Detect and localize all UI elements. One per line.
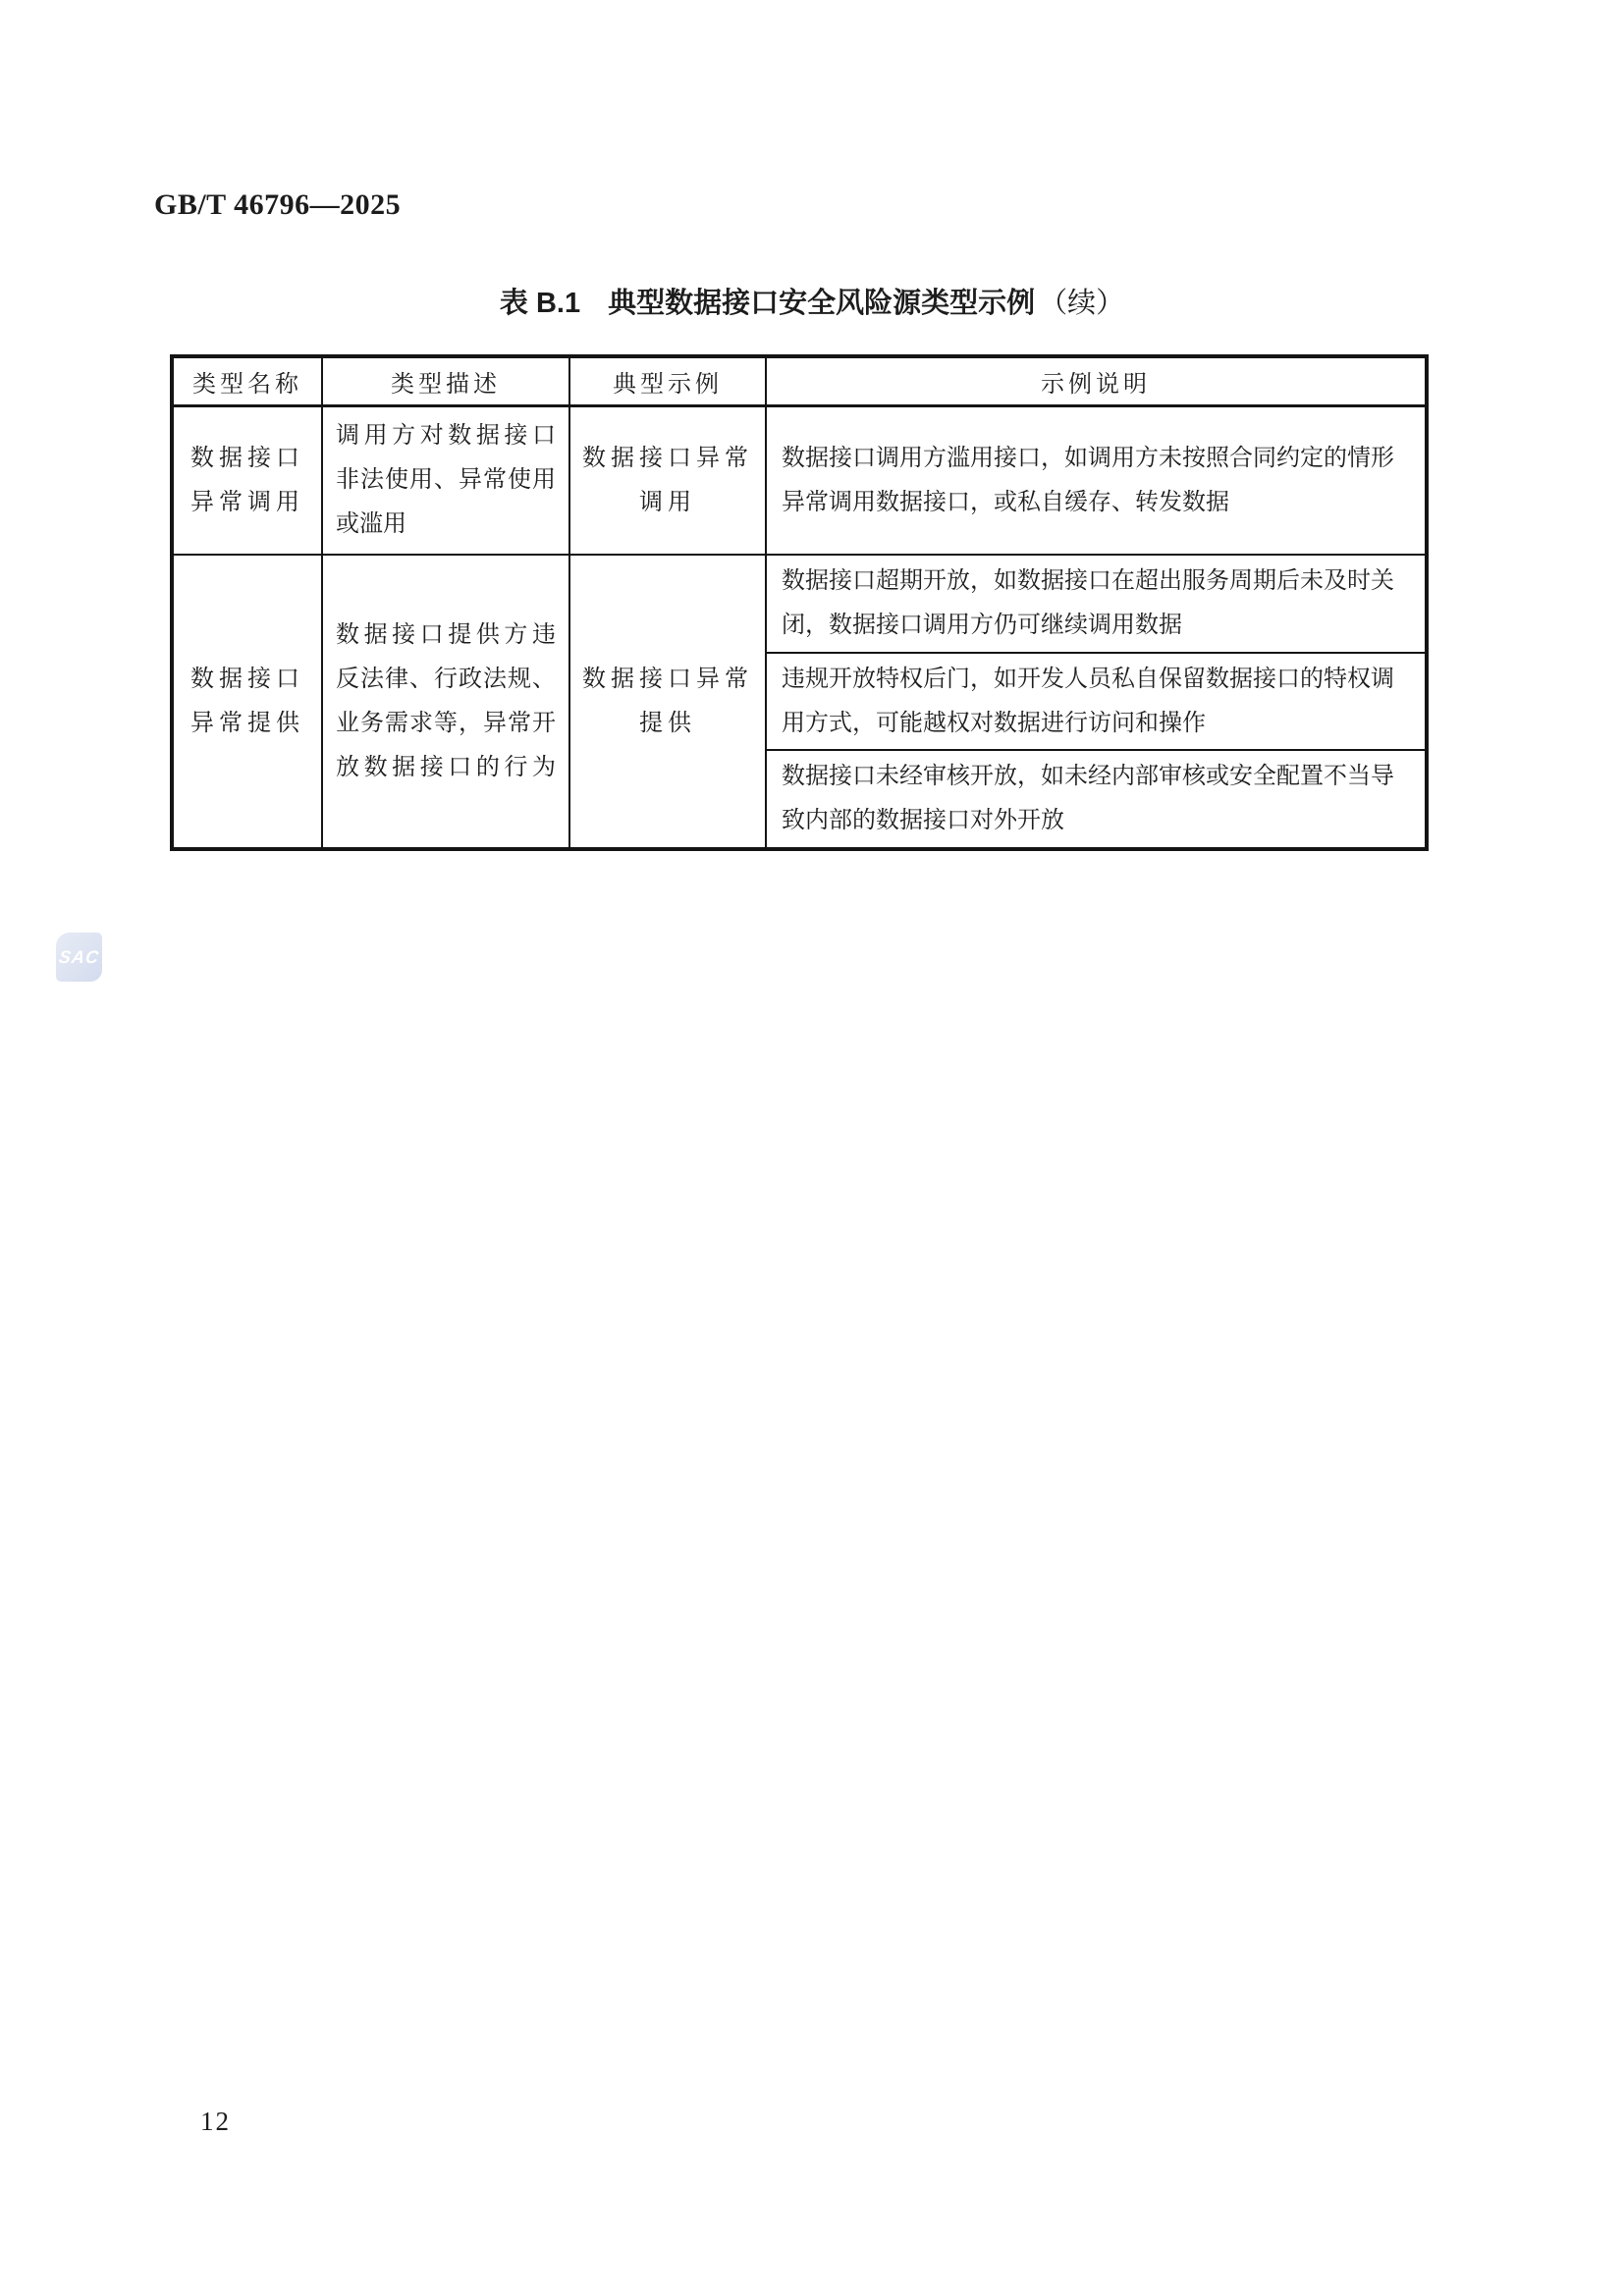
text-line: 数据接口 [174, 437, 321, 481]
table-row: 数据接口异常调用 调用方对数据接口非法使用、异常使用或滥用 数据接口异常调用 数… [174, 407, 1425, 556]
document-code: GB/T 46796—2025 [154, 188, 401, 222]
text-line: 异常调用 [174, 481, 321, 525]
cell-type-desc: 数据接口提供方违反法律、行政法规、业务需求等，异常开放数据接口的行为 [323, 556, 570, 847]
cell-typical-example: 数据接口异常调用 [570, 407, 767, 554]
text-line: 反法律、行政法规、 [336, 658, 556, 702]
text-line: 异常提供 [174, 702, 321, 746]
text-line: 提供 [570, 702, 765, 746]
sac-logo-text: SAC [58, 947, 101, 968]
text-line: 或滥用 [336, 503, 556, 547]
text-line: 违规开放特权后门，如开发人员私自保留数据接口的特权调 [782, 658, 1410, 702]
cell-example-explanation-group: 数据接口超期开放，如数据接口在超出服务周期后未及时关闭，数据接口调用方仍可继续调… [767, 556, 1425, 847]
table-caption-number: 表 B.1 [500, 288, 580, 319]
page-number: 12 [200, 2107, 231, 2137]
table-caption-text: 典型数据接口安全风险源类型示例 [608, 288, 1035, 319]
text-line: 调用 [570, 481, 765, 525]
text-line: 数据接口异常 [570, 437, 765, 481]
header-typical-example: 典型示例 [570, 358, 767, 404]
text-line: 调用方对数据接口 [336, 414, 556, 458]
cell-example-explanation: 数据接口未经审核开放，如未经内部审核或安全配置不当导致内部的数据接口对外开放 [767, 751, 1425, 847]
cell-example-explanation: 数据接口超期开放，如数据接口在超出服务周期后未及时关闭，数据接口调用方仍可继续调… [767, 556, 1425, 654]
text-line: 数据接口 [174, 658, 321, 702]
text-line: 业务需求等，异常开 [336, 702, 556, 746]
risk-source-table: 类型名称 类型描述 典型示例 示例说明 数据接口异常调用 调用方对数据接口非法使… [170, 354, 1429, 851]
cell-example-explanation: 数据接口调用方滥用接口，如调用方未按照合同约定的情形异常调用数据接口，或私自缓存… [767, 407, 1425, 554]
table-row: 数据接口异常提供 数据接口提供方违反法律、行政法规、业务需求等，异常开放数据接口… [174, 556, 1425, 847]
text-line: 数据接口未经审核开放，如未经内部审核或安全配置不当导 [782, 755, 1410, 799]
cell-type-name: 数据接口异常调用 [174, 407, 323, 554]
header-type-name: 类型名称 [174, 358, 323, 404]
header-example-explanation: 示例说明 [767, 358, 1425, 404]
text-line: 放数据接口的行为 [336, 746, 556, 790]
text-line: 数据接口异常 [570, 658, 765, 702]
header-type-desc: 类型描述 [323, 358, 570, 404]
text-line: 数据接口超期开放，如数据接口在超出服务周期后未及时关 [782, 560, 1410, 604]
text-line: 异常调用数据接口，或私自缓存、转发数据 [782, 481, 1410, 525]
sac-watermark-logo: SAC [56, 933, 102, 982]
cell-typical-example: 数据接口异常提供 [570, 556, 767, 847]
cell-example-explanation: 违规开放特权后门，如开发人员私自保留数据接口的特权调用方式，可能越权对数据进行访… [767, 654, 1425, 752]
cell-type-desc: 调用方对数据接口非法使用、异常使用或滥用 [323, 407, 570, 554]
text-line: 数据接口调用方滥用接口，如调用方未按照合同约定的情形 [782, 437, 1410, 481]
cell-type-name: 数据接口异常提供 [174, 556, 323, 847]
text-line: 致内部的数据接口对外开放 [782, 799, 1410, 843]
text-line: 用方式，可能越权对数据进行访问和操作 [782, 702, 1410, 746]
text-line: 闭，数据接口调用方仍可继续调用数据 [782, 604, 1410, 648]
table-header-row: 类型名称 类型描述 典型示例 示例说明 [174, 358, 1425, 407]
text-line: 数据接口提供方违 [336, 614, 556, 658]
text-line: 非法使用、异常使用 [336, 458, 556, 503]
table-caption-continued: （续） [1039, 288, 1124, 319]
table-caption: 表 B.1典型数据接口安全风险源类型示例（续） [0, 285, 1624, 322]
